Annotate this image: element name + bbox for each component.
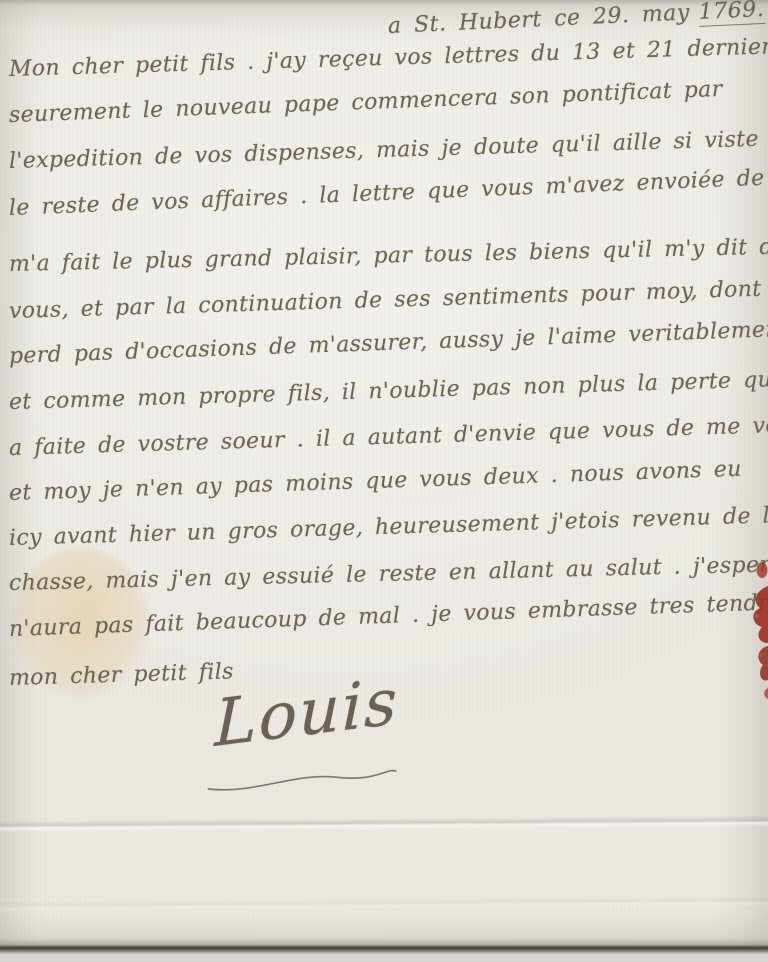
paper-bottom-edge	[0, 938, 768, 954]
wax-seal-residue	[736, 550, 768, 708]
dateline-year-underlined: 1769.	[698, 0, 765, 27]
letter-scan: a St. Hubert ce 29. may1769. Mon cher pe…	[0, 0, 768, 962]
